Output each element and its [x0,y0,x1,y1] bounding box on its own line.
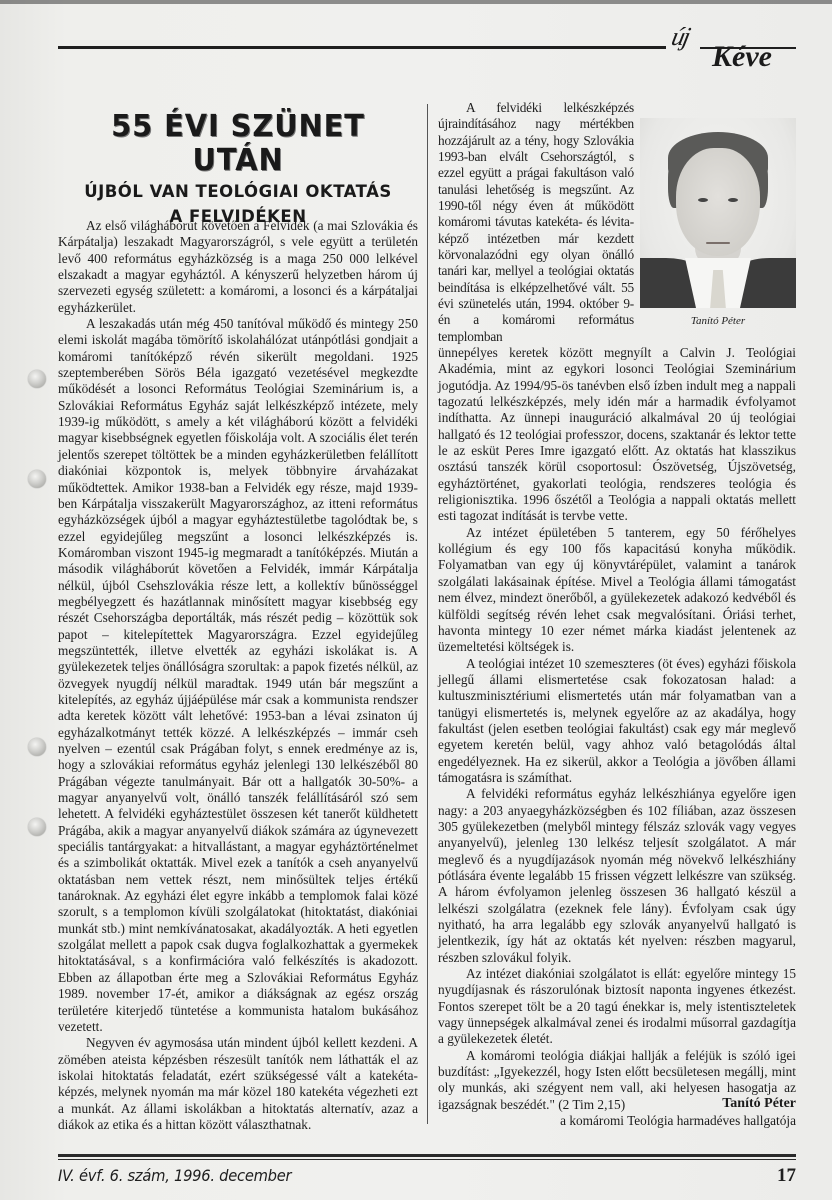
punch-hole-icon [28,470,46,488]
paragraph: A teológiai intézet 10 szemeszteres (öt … [438,656,796,787]
footer-rule [58,1154,796,1157]
paragraph: Az intézet diakóniai szolgálatot is ellá… [438,966,796,1048]
paragraph: A leszakadás után még 450 tanítóval műkö… [58,316,418,1035]
issue-info: IV. évf. 6. szám, 1996. december [58,1166,291,1185]
page-number: 17 [777,1165,796,1187]
paragraph: Az első világháborút követően a Felvidék… [58,218,418,316]
logo-prefix: új [669,22,692,52]
right-column-body: ünnepélyes keretek között megnyílt a Cal… [438,345,796,1113]
paragraph: Az intézet épületében 5 tanterem, egy 50… [438,525,796,656]
punch-hole-icon [28,738,46,756]
logo-name: Kéve [712,40,772,74]
author-photo [640,118,796,308]
paragraph: ünnepélyes keretek között megnyílt a Cal… [438,345,796,525]
article-title: 55 ÉVI SZÜNET UTÁN [65,110,411,178]
paragraph: Negyven év agymosása után mindent újból … [58,1035,418,1133]
scan-edge [0,0,832,4]
article-subtitle-line1: ÚJBÓL VAN TEOLÓGIAI OKTATÁS [58,180,418,203]
punch-hole-icon [28,370,46,388]
author-name: Tanító Péter [722,1096,796,1112]
author-role: a komáromi Teológia harmadéves hallgatój… [560,1113,796,1129]
article-heading: 55 ÉVI SZÜNET UTÁN ÚJBÓL VAN TEOLÓGIAI O… [58,110,418,228]
paragraph: A felvidéki lelkészképzés újraindításáho… [438,100,634,345]
footer-rule-thin [58,1159,796,1160]
magazine-page: új Kéve 55 ÉVI SZÜNET UTÁN ÚJBÓL VAN TEO… [0,0,832,1200]
paragraph: A felvidéki református egyház lelkészhiá… [438,786,796,966]
punch-hole-icon [28,818,46,836]
column-divider [427,104,428,1124]
portrait-image [640,118,796,308]
header-rule [58,46,666,49]
right-column-top: A felvidéki lelkészképzés újraindításáho… [438,100,634,345]
photo-caption: Tanító Péter [640,315,796,327]
left-column: Az első világháborút követően a Felvidék… [58,218,418,1133]
